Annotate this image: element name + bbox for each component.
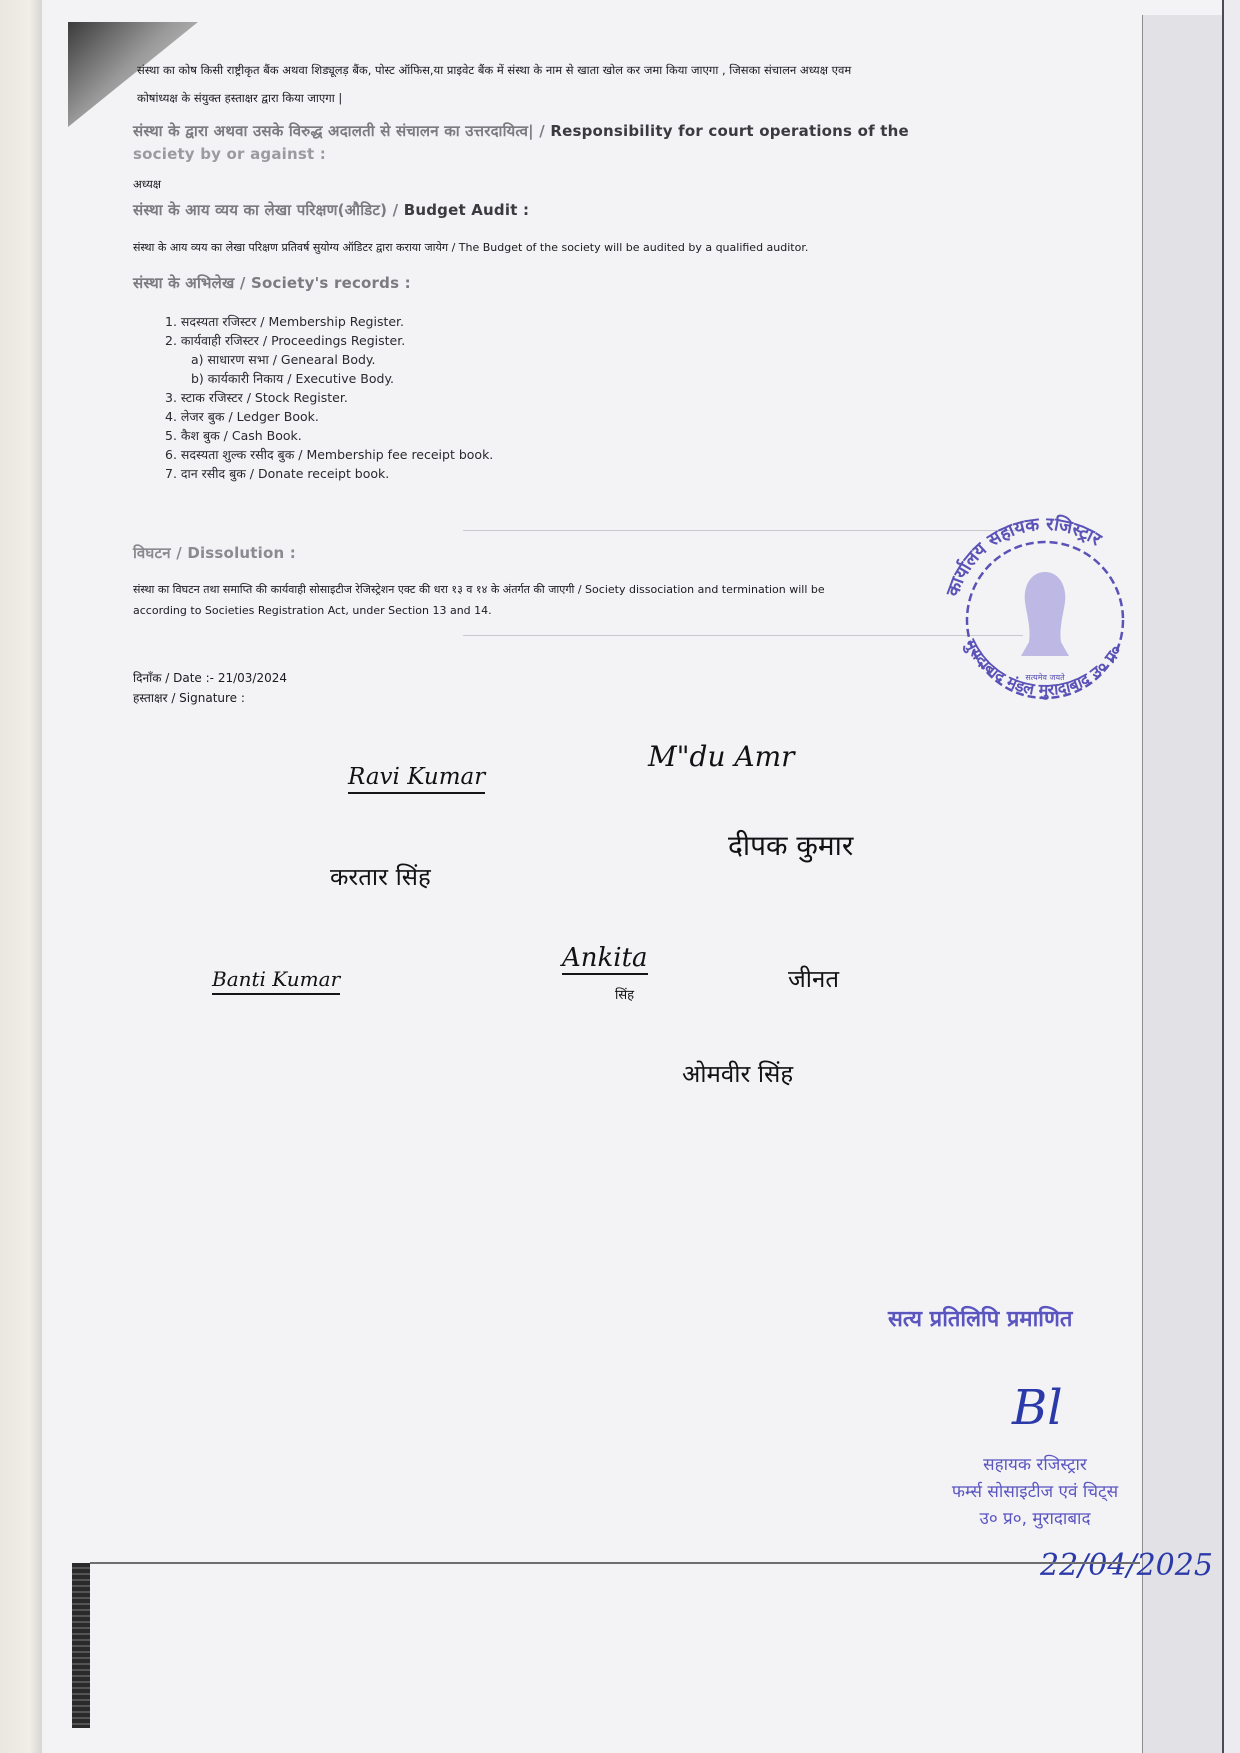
records-list-item: 4. लेजर बुक / Ledger Book. bbox=[165, 407, 493, 426]
signature-member-2: M"du Amr bbox=[648, 740, 795, 773]
signature-banti-kumar: Banti Kumar bbox=[212, 967, 340, 995]
audit-heading-english: Budget Audit : bbox=[404, 201, 530, 219]
court-heading-english: Responsibility for court operations of t… bbox=[550, 122, 909, 140]
dissolution-heading-english: Dissolution : bbox=[187, 544, 296, 562]
audit-heading-hindi: संस्था के आय व्यय का लेखा परिक्षण(औडिट) … bbox=[133, 201, 404, 219]
signature-label: हस्ताक्षर / Signature : bbox=[133, 688, 245, 708]
office-seal-stamp: कार्यालय सहायक रजिस्ट्रार मुरादाबाद मंडल… bbox=[935, 510, 1155, 730]
signature-ravi-kumar: Ravi Kumar bbox=[348, 764, 485, 794]
registrar-title: सहायक रजिस्ट्रार bbox=[905, 1452, 1165, 1479]
certified-true-copy-stamp: सत्य प्रतिलिपि प्रमाणित bbox=[888, 1303, 1072, 1333]
scan-barcode-strip bbox=[72, 1563, 90, 1728]
records-list-subitem: b) कार्यकारी निकाय / Executive Body. bbox=[165, 369, 493, 388]
records-list-subitem: a) साधारण सभा / Genearal Body. bbox=[165, 350, 493, 369]
records-list-item: 7. दान रसीद बुक / Donate receipt book. bbox=[165, 464, 493, 483]
dissolution-heading-hindi: विघटन / bbox=[133, 544, 187, 562]
registrar-designation-stamp: सहायक रजिस्ट्रार फर्म्स सोसाइटीज एवं चिट… bbox=[905, 1452, 1165, 1533]
signature-omveer-singh: ओमवीर सिंह bbox=[682, 1057, 793, 1090]
records-heading-hindi: संस्था के अभिलेख / bbox=[133, 274, 251, 292]
registrar-department: फर्म्स सोसाइटीज एवं चिट्स bbox=[905, 1479, 1165, 1506]
records-list-item: 3. स्टाक रजिस्टर / Stock Register. bbox=[165, 388, 493, 407]
seal-emblem-icon: कार्यालय सहायक रजिस्ट्रार मुरादाबाद मंडल… bbox=[935, 510, 1155, 730]
svg-text:कार्यालय सहायक रजिस्ट्रार: कार्यालय सहायक रजिस्ट्रार bbox=[942, 513, 1105, 600]
certification-handwritten-date: 22/04/2025 bbox=[1040, 1548, 1213, 1583]
court-heading-english-line-2: society by or against : bbox=[133, 145, 326, 163]
svg-text:सत्यमेव जयते: सत्यमेव जयते bbox=[1025, 672, 1065, 682]
dissolution-line-2: according to Societies Registration Act,… bbox=[133, 599, 492, 623]
signature-kartar-singh: करतार सिंह bbox=[330, 860, 431, 893]
fund-clause-line-1: संस्था का कोष किसी राष्ट्रीकृत बैंक अथवा… bbox=[137, 58, 851, 82]
signature-ankita-subscript: सिंह bbox=[615, 985, 634, 1003]
records-list-item: 2. कार्यवाही रजिस्टर / Proceedings Regis… bbox=[165, 331, 493, 350]
scan-bottom-rule bbox=[90, 1562, 1140, 1564]
dissolution-section-heading: विघटन / Dissolution : bbox=[133, 543, 296, 563]
records-list-item: 6. सदस्यता शुल्क रसीद बुक / Membership f… bbox=[165, 445, 493, 464]
court-heading-hindi: संस्था के द्वारा अथवा उसके विरुद्ध अदालत… bbox=[133, 122, 550, 140]
signature-deepak-kumar: दीपक कुमार bbox=[728, 826, 853, 864]
records-list: 1. सदस्यता रजिस्टर / Membership Register… bbox=[165, 312, 493, 483]
signature-zeenat: जीनत bbox=[788, 962, 839, 995]
court-section-heading: संस्था के द्वारा अथवा उसके विरुद्ध अदालत… bbox=[133, 121, 909, 141]
audit-body: संस्था के आय व्यय का लेखा परिक्षण प्रतिव… bbox=[133, 236, 808, 260]
registrar-initials-signature: Bl bbox=[1012, 1380, 1063, 1436]
document-date: दिनाँक / Date :- 21/03/2024 bbox=[133, 668, 287, 688]
registrar-location: उ० प्र०, मुरादाबाद bbox=[905, 1506, 1165, 1533]
court-responsible-value: अध्यक्ष bbox=[133, 172, 161, 196]
records-heading-english: Society's records : bbox=[251, 274, 411, 292]
scan-left-margin bbox=[0, 0, 42, 1753]
fund-clause-line-2: कोषांध्यक्ष के संयुक्त हस्ताक्षर द्वारा … bbox=[137, 86, 342, 110]
records-section-heading: संस्था के अभिलेख / Society's records : bbox=[133, 273, 411, 293]
records-list-item: 5. कैश बुक / Cash Book. bbox=[165, 426, 493, 445]
signature-ankita: Ankita bbox=[562, 943, 648, 975]
audit-section-heading: संस्था के आय व्यय का लेखा परिक्षण(औडिट) … bbox=[133, 200, 529, 220]
scan-right-edge bbox=[1222, 0, 1240, 1753]
records-list-item: 1. सदस्यता रजिस्टर / Membership Register… bbox=[165, 312, 493, 331]
